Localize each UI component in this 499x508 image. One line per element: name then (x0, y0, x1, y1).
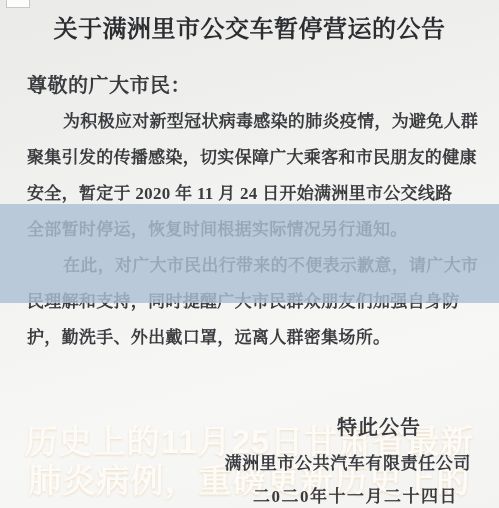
notice-salutation: 尊敬的广大市民： (27, 69, 191, 98)
notice-body-line: 为积极应对新型冠状病毒感染的肺炎疫情，为避免人群 (27, 104, 479, 140)
notice-date: 二0二0年十一月二十四日 (253, 482, 458, 507)
notice-body-line: 聚集引发的传播感染，切实保障广大乘客和市民朋友的健康 (27, 140, 479, 176)
scan-artifact (6, 0, 30, 8)
notice-title: 关于满洲里市公交车暂停营运的公告 (0, 9, 499, 44)
headline-overlay-banner: 历史上的11月25日甘肃省最新 肺炎病例，重磅更新历史上的 (0, 204, 499, 303)
notice-image: 关于满洲里市公交车暂停营运的公告 尊敬的广大市民： 为积极应对新型冠状病毒感染的… (0, 0, 499, 508)
notice-closing: 特此公告 (337, 411, 421, 440)
notice-body-line: 护，勤洗手、外出戴口罩，远离人群密集场所。 (27, 320, 479, 356)
notice-issuer: 满洲里市公共汽车有限责任公司 (225, 449, 471, 474)
